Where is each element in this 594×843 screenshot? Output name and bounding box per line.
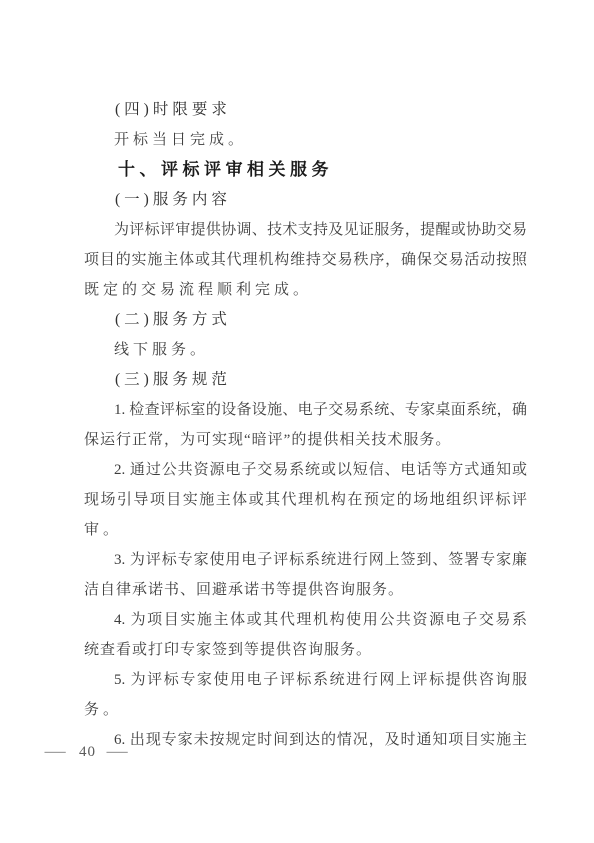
section-heading-3-standard: (三)服务规范 <box>84 365 527 395</box>
document-body: (四)时限要求 开标当日完成。 十、评标评审相关服务 (一)服务内容 为评标评审… <box>84 95 527 755</box>
list-item-3-line: 3. 为评标专家使用电子评标系统进行网上签到、签署专家廉 <box>84 545 527 575</box>
list-item-2-line: 现场引导项目实施主体或其代理机构在预定的场地组织评标评 <box>84 485 527 515</box>
paragraph-line: 项目的实施主体或其代理机构维持交易秩序，确保交易活动按照 <box>84 245 527 275</box>
paragraph-line: 线下服务。 <box>84 335 527 365</box>
list-item-2-line: 2. 通过公共资源电子交易系统或以短信、电话等方式通知或 <box>84 455 527 485</box>
list-item-6-line: 6. 出现专家未按规定时间到达的情况，及时通知项目实施主 <box>84 725 527 755</box>
paragraph-line: 既定的交易流程顺利完成。 <box>84 275 527 305</box>
chapter-heading-10: 十、评标评审相关服务 <box>84 155 527 185</box>
page-number: —40— <box>48 744 127 761</box>
list-item-2-line: 审。 <box>84 515 527 545</box>
section-heading-2-method: (二)服务方式 <box>84 305 527 335</box>
list-item-4-line: 4. 为项目实施主体或其代理机构使用公共资源电子交易系 <box>84 605 527 635</box>
section-heading-4-time-limit: (四)时限要求 <box>84 95 527 125</box>
document-page: (四)时限要求 开标当日完成。 十、评标评审相关服务 (一)服务内容 为评标评审… <box>0 0 594 843</box>
list-item-3-line: 洁自律承诺书、回避承诺书等提供咨询服务。 <box>84 575 527 605</box>
paragraph-line: 开标当日完成。 <box>84 125 527 155</box>
section-heading-1-content: (一)服务内容 <box>84 185 527 215</box>
list-item-4-line: 统查看或打印专家签到等提供咨询服务。 <box>84 635 527 665</box>
list-item-5-line: 5. 为评标专家使用电子评标系统进行网上评标提供咨询服 <box>84 665 527 695</box>
list-item-5-line: 务。 <box>84 695 527 725</box>
list-item-1-line: 1. 检查评标室的设备设施、电子交易系统、专家桌面系统，确 <box>84 395 527 425</box>
page-number-left-dash: — <box>45 744 69 761</box>
page-number-value: 40 <box>79 744 96 760</box>
list-item-1-line: 保运行正常，为可实现“暗评”的提供相关技术服务。 <box>84 425 527 455</box>
paragraph-line: 为评标评审提供协调、技术支持及见证服务，提醒或协助交易 <box>84 215 527 245</box>
page-number-right-dash: — <box>107 744 131 761</box>
